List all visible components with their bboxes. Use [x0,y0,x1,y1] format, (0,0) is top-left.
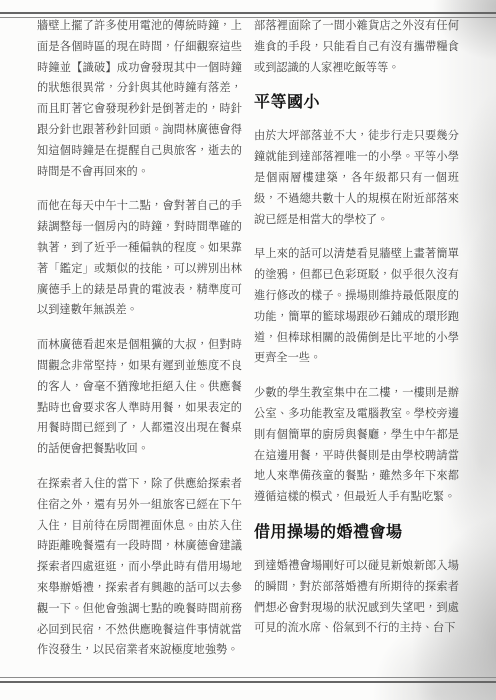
paragraph-checkin-advice: 在探索者入住的當下，除了供應給探索者住宿之外，還有另外一組旅客已經在下午入住，目… [37,474,242,661]
right-text-column: 部落裡面除了一間小雜貨店之外沒有任何進食的手段，只能看自己有沒有攜帶糧食或到認識… [254,16,459,653]
paragraph-host-strictness: 而林廣德看起來是個粗獷的大叔，但對時間觀念非常堅持，如果有遲到並態度不良的客人，… [37,335,242,460]
bottom-double-rule [0,677,496,683]
paragraph-food-options: 部落裡面除了一間小雜貨店之外沒有任何進食的手段，只能看自己有沒有攜帶糧食或到認識… [254,16,459,78]
scanned-book-page: 牆壁上擺了許多使用電池的傳統時鐘，上面是各個時區的現在時間，仔細觀察這些時鐘並【… [0,0,496,700]
paragraph-noon-adjustment: 而他在每天中午十二點，會對著自己的手錶調整每一個房內的時鐘，對時間準確的執著，到… [37,196,242,321]
paragraph-wedding-scene: 到達婚禮會場剛好可以碰見新娘新郎入場的瞬間，對於部落婚禮有所期待的探索者們想必會… [254,556,459,639]
section-heading-elementary-school: 平等國小 [254,92,459,113]
paragraph-school-grounds: 早上來的話可以清楚看見牆壁上畫著簡單的塗鴉，但都已色彩斑駁，似乎很久沒有進行修改… [254,244,459,369]
paragraph-school-overview: 由於大坪部落並不大，徒步行走只要幾分鐘就能到達部落裡唯一的小學。平等小學是個兩層… [254,126,459,230]
paragraph-clocks-description: 牆壁上擺了許多使用電池的傳統時鐘，上面是各個時區的現在時間，仔細觀察這些時鐘並【… [37,16,242,182]
left-text-column: 牆壁上擺了許多使用電池的傳統時鐘，上面是各個時區的現在時間，仔細觀察這些時鐘並【… [37,16,242,675]
section-heading-wedding-venue: 借用操場的婚禮會場 [254,522,459,543]
paragraph-school-interior: 少數的學生教室集中在二樓，一樓則是辦公室、多功能教室及電腦教室。學校旁邊則有個簡… [254,383,459,508]
